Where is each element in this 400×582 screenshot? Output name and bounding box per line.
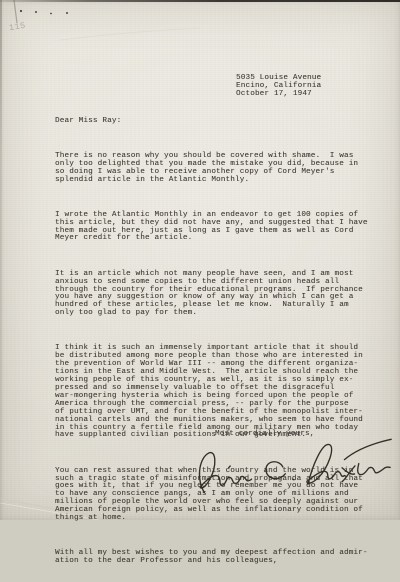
salutation: Dear Miss Ray: (55, 118, 121, 126)
paragraph-2: I wrote the Atlantic Monthly in an endea… (55, 212, 368, 244)
paragraph-3: It is an article which not many people h… (55, 271, 368, 318)
closing: Most cordially yours, (215, 431, 314, 439)
letter-page: 115 5035 Louise Avenue Encino, Californi… (0, 0, 400, 520)
sender-address-block: 5035 Louise Avenue Encino, California Oc… (236, 74, 321, 99)
pencil-annotation: 115 (8, 21, 26, 34)
paragraph-5: You can rest assured that when this coun… (55, 468, 368, 520)
letter-body: There is no reason why you should be cov… (55, 137, 368, 520)
pencil-stroke (14, 0, 17, 23)
scan-edge-left (0, 0, 2, 520)
ink-specks (20, 10, 68, 15)
paragraph-4: I think it is such an immensely importan… (55, 345, 368, 440)
paragraph-1: There is no reason why you should be cov… (55, 153, 368, 185)
scan-edge-top (0, 0, 400, 2)
